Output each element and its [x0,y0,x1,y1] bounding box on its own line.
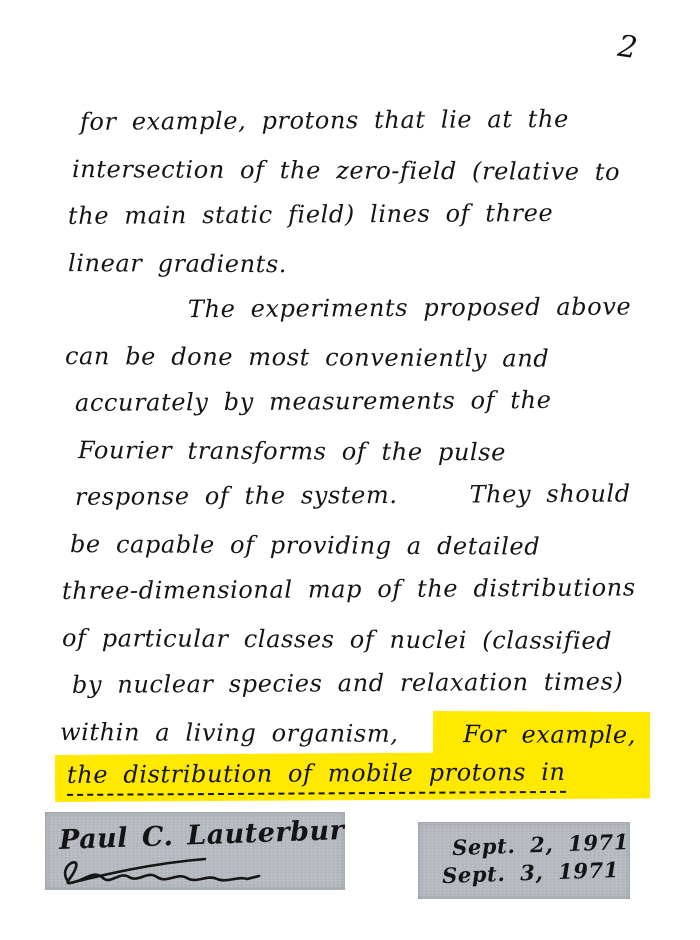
line-text: of particular classes of nuclei (classif… [62,624,612,655]
line-text: linear gradients. [68,249,287,278]
line-text-continuation: They should [469,480,630,509]
manuscript-line: accurately by measurements of the [55,377,650,428]
line-text: accurately by measurements of the [75,387,552,418]
line-text: The experiments proposed above [188,292,631,323]
line-text: within a living organism, [60,718,399,748]
manuscript-line: of particular classes of nuclei (classif… [55,615,650,665]
manuscript-line-paragraph-indent: The experiments proposed above [55,283,650,334]
line-text: by nuclear species and relaxation times) [72,668,624,699]
manuscript-line: by nuclear species and relaxation times) [55,658,650,709]
line-text: be capable of providing a detailed [70,531,540,561]
manuscript-body: for example, protons that lie at the int… [55,99,650,802]
witness-signature-scribble [55,854,295,888]
manuscript-line: for example, protons that lie at the [55,95,650,146]
manuscript-line: linear gradients. [55,240,650,290]
manuscript-page: 2 for example, protons that lie at the i… [0,0,700,940]
line-text: intersection of the zero-field (relative… [72,155,620,186]
signature-cutout: Paul C. Lauterbur [45,812,345,890]
line-text: three-dimensional map of the distributio… [62,574,636,606]
manuscript-line: three-dimensional map of the distributio… [55,564,650,615]
underlined-highlighted-text: the distribution of mobile protons in [67,758,566,796]
line-text: response of the system. [75,481,398,511]
line-text: Fourier transforms of the pulse [78,437,506,467]
manuscript-line: intersection of the zero-field (relative… [55,146,650,196]
manuscript-line: the main static field) lines of three [55,189,650,240]
date-line-2: Sept. 3, 1971 [442,857,620,888]
page-number: 2 [616,29,640,66]
manuscript-line: be capable of providing a detailed [55,521,650,571]
manuscript-line: Fourier transforms of the pulse [55,427,650,477]
manuscript-line: response of the system. They should [55,470,650,521]
date-line-1: Sept. 2, 1971 [452,829,630,860]
line-text: the main static field) lines of three [68,199,553,230]
line-text: can be done most conveniently and [65,343,549,374]
highlighted-manuscript-line: the distribution of mobile protons in [55,752,650,803]
line-text: for example, protons that lie at the [80,105,569,136]
date-cutout: Sept. 2, 1971 Sept. 3, 1971 [418,822,630,899]
signature-paul-lauterbur: Paul C. Lauterbur [59,815,345,856]
